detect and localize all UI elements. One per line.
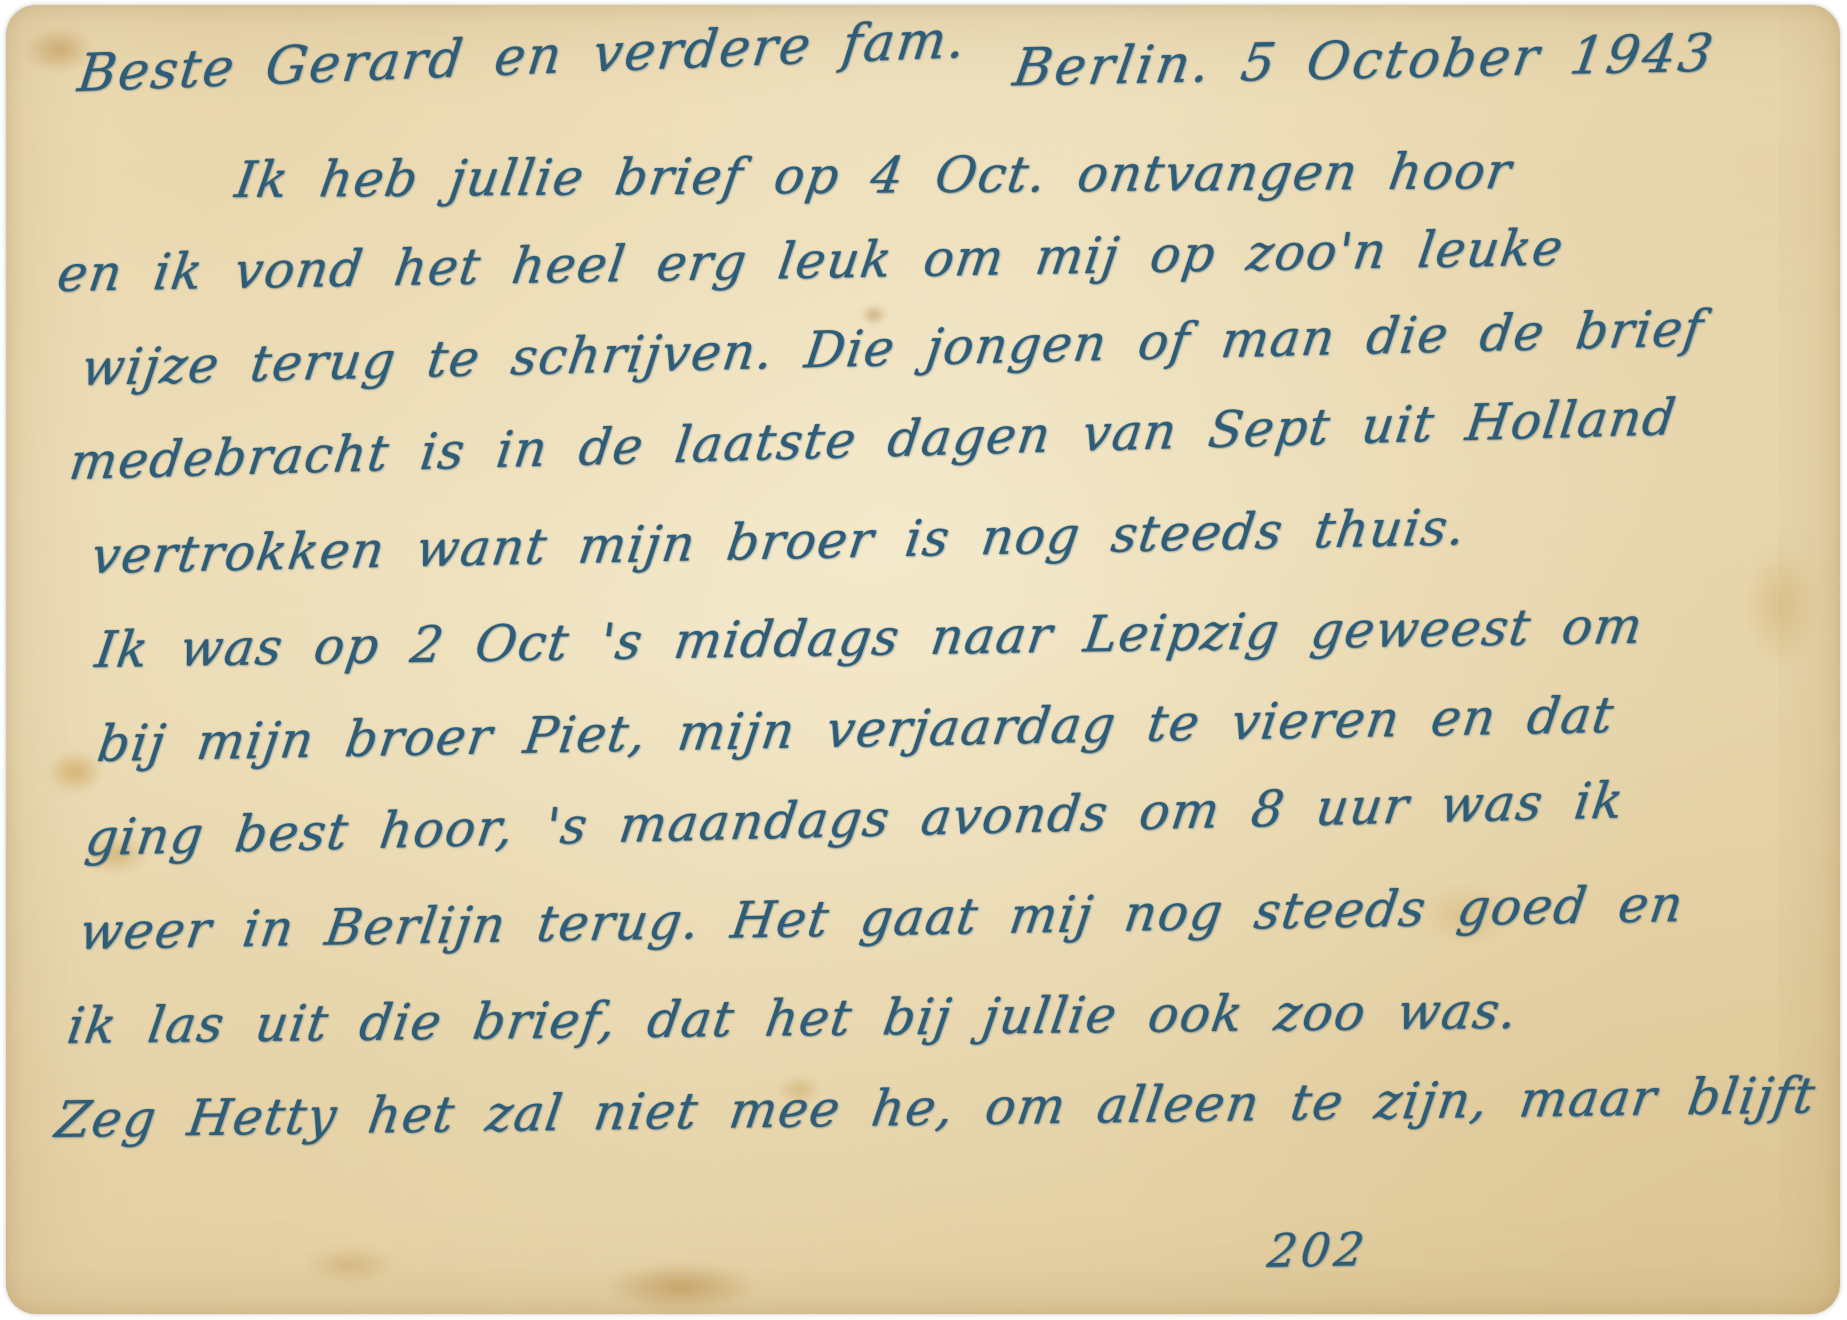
foxing-stain	[606, 1263, 756, 1311]
postcard-paper: Beste Gerard en verdere fam. Berlin. 5 O…	[6, 5, 1840, 1314]
greeting: Beste Gerard en verdere fam.	[75, 10, 970, 104]
foxing-stain	[306, 1247, 396, 1283]
page-number: 202	[1265, 1222, 1371, 1278]
letter-body: Ik heb jullie brief op 4 Oct. ontvangen …	[46, 133, 1806, 1167]
dateline: Berlin. 5 October 1943	[1009, 24, 1719, 99]
photo-frame: Beste Gerard en verdere fam. Berlin. 5 O…	[0, 0, 1847, 1320]
